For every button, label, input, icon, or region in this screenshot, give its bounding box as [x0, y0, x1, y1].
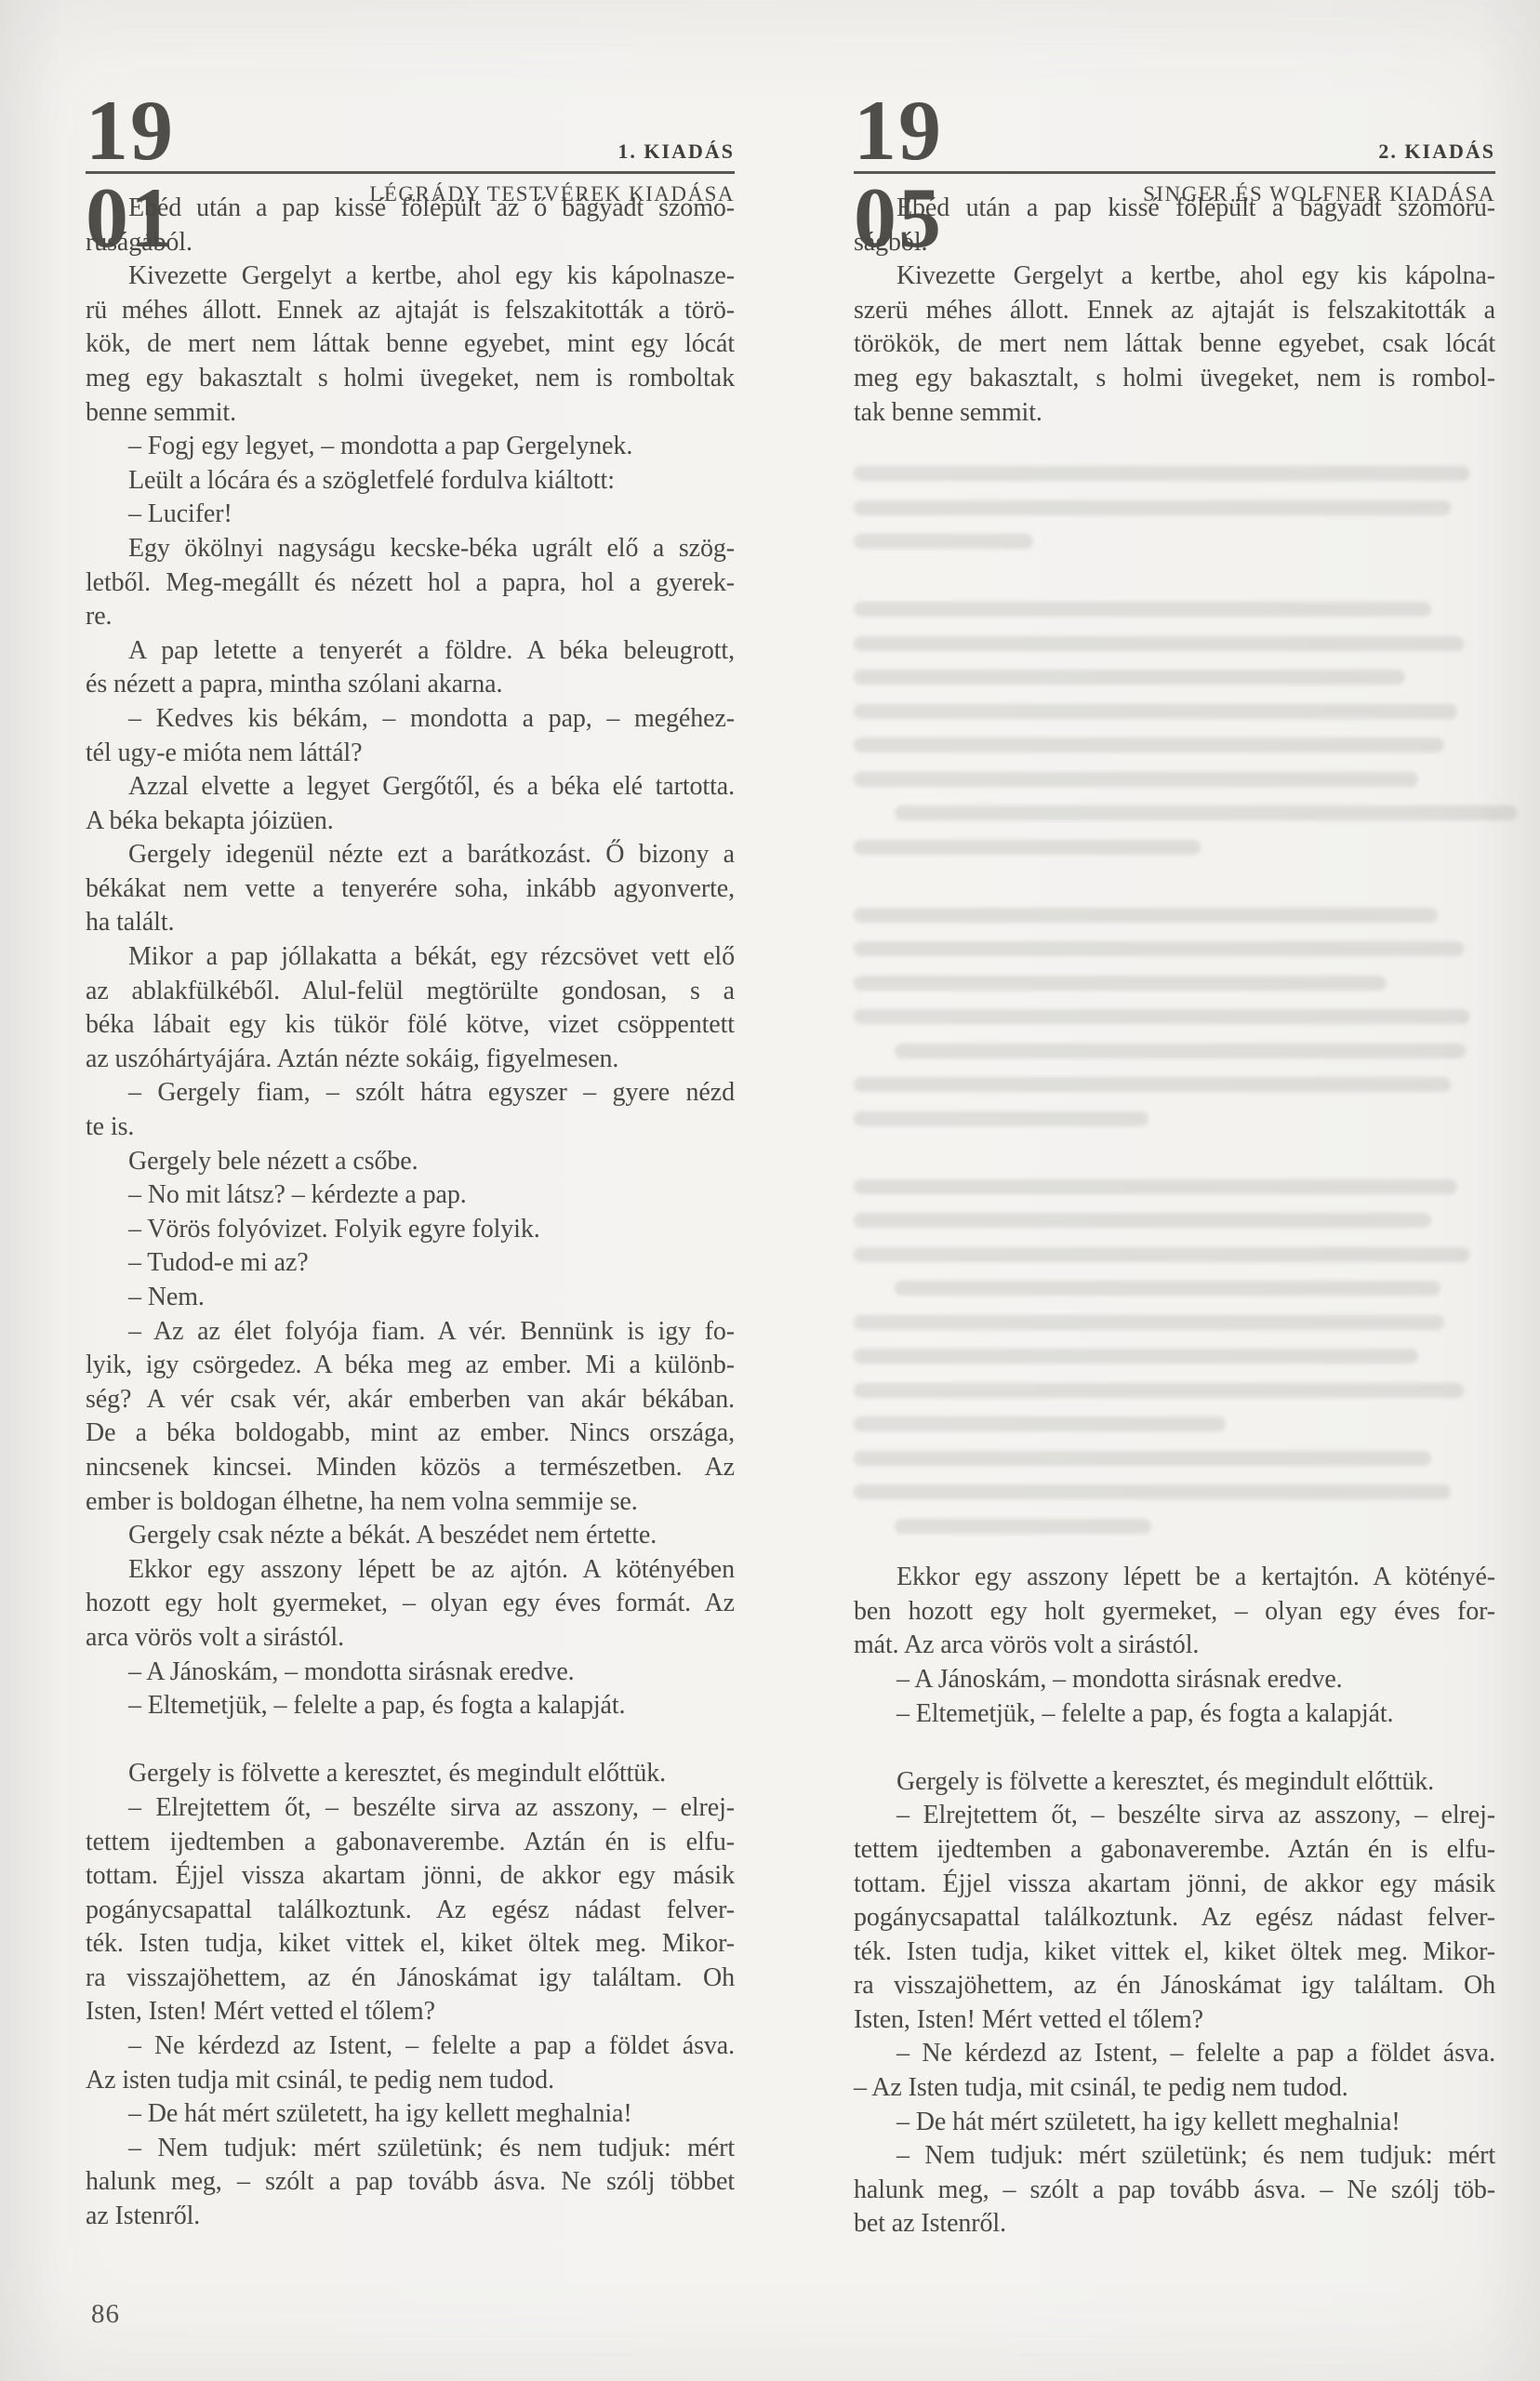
- text-line: Gergely is fölvette a keresztet, és megi…: [854, 1765, 1495, 1800]
- paragraph: Gergely bele nézett a csőbe.: [86, 1145, 735, 1179]
- text-line: tottam. Éjjel vissza akartam jönni, de a…: [854, 1868, 1495, 1902]
- paragraph-gap: [86, 1723, 735, 1758]
- text-line: békákat nem vette a tenyerére soha, inká…: [86, 872, 735, 907]
- text-line: benne semmit.: [86, 396, 735, 431]
- text-line: meg egy bakasztalt, s holmi üvegeket, ne…: [854, 362, 1495, 396]
- paragraph: – Lucifer!: [86, 498, 735, 532]
- paragraph: – Nem tudjuk: mért születünk; és nem tud…: [854, 2139, 1495, 2241]
- text-line: ben hozott egy holt gyermeket, – olyan e…: [854, 1595, 1495, 1629]
- text-line: ség? A vér csak vér, akár emberben van a…: [86, 1383, 735, 1417]
- text-line: Mikor a pap jóllakatta a békát, egy rézc…: [86, 940, 735, 975]
- paragraph: – A Jánoskám, – mondotta sirásnak eredve…: [854, 1663, 1495, 1697]
- text-line: – A Jánoskám, – mondotta sirásnak eredve…: [86, 1656, 735, 1690]
- text-line: De a béka boldogabb, mint az ember. Ninc…: [86, 1417, 735, 1451]
- paragraph: – De hát mért született, ha igy kellett …: [854, 2106, 1495, 2140]
- text-line: – Vörös folyóvizet. Folyik egyre folyik.: [86, 1213, 735, 1247]
- text-line: ra visszajöhettem, az én Jánoskámat igy …: [86, 1962, 735, 1996]
- text-line: Gergely idegenül nézte ezt a barátkozást…: [86, 838, 735, 872]
- text-line: ha talált.: [86, 906, 735, 940]
- text-line: – A Jánoskám, – mondotta sirásnak eredve…: [854, 1663, 1495, 1697]
- text-line: Gergely csak nézte a békát. A beszédet n…: [86, 1519, 735, 1553]
- paragraph: Kivezette Gergelyt a kertbe, ahol egy ki…: [86, 259, 735, 430]
- text-line: ra visszajöhettem, az én Jánoskámat igy …: [854, 1969, 1495, 2003]
- text-line: Gergely bele nézett a csőbe.: [86, 1145, 735, 1179]
- paragraph: – Kedves kis békám, – mondotta a pap, – …: [86, 702, 735, 770]
- text-line: – Tudod-e mi az?: [86, 1246, 735, 1281]
- paragraph: – Nem tudjuk: mért születünk; és nem tud…: [86, 2132, 735, 2234]
- text-line: – Fogj egy legyet, – mondotta a pap Gerg…: [86, 430, 735, 464]
- edition-label: 2. KIADÁS: [1378, 140, 1495, 164]
- missing-passage-gap: [854, 430, 1495, 1561]
- text-line: – Eltemetjük, – felelte a pap, és fogta …: [86, 1689, 735, 1723]
- text-line: ték. Isten tudja, kiket vittek el, kiket…: [854, 1935, 1495, 1970]
- paragraph: Gergely is fölvette a keresztet, és megi…: [86, 1757, 735, 1791]
- paragraph: – Ne kérdezd az Istent, – felelte a pap …: [86, 2029, 735, 2097]
- paragraph-gap: [854, 1731, 1495, 1765]
- paragraph: – A Jánoskám, – mondotta sirásnak eredve…: [86, 1656, 735, 1690]
- text-line: – No mit látsz? – kérdezte a pap.: [86, 1178, 735, 1213]
- text-line: – Az Isten tudja, mit csinál, te pedig n…: [854, 2071, 1495, 2106]
- right-column-body: Ebéd után a pap kissé fölépült a bágyadt…: [854, 192, 1495, 2241]
- paragraph: Egy ökölnyi nagyságu kecske-béka ugrált …: [86, 532, 735, 634]
- text-line: Azzal elvette a legyet Gergőtől, és a bé…: [86, 770, 735, 805]
- text-line: – Gergely fiam, – szólt hátra egyszer – …: [86, 1076, 735, 1111]
- header-rule: [854, 171, 1495, 174]
- text-line: – Ne kérdezd az Istent, – felelte a pap …: [86, 2029, 735, 2064]
- text-line: – Eltemetjük, – felelte a pap, és fogta …: [854, 1697, 1495, 1732]
- paragraph: – No mit látsz? – kérdezte a pap.: [86, 1178, 735, 1213]
- paragraph: Ebéd után a pap kissé fölépült a bágyadt…: [854, 192, 1495, 259]
- text-line: Leült a lócára és a szögletfelé fordulva…: [86, 464, 735, 499]
- year-top-digits: 19: [854, 87, 943, 173]
- text-line: – De hát mért született, ha igy kellett …: [854, 2106, 1495, 2140]
- paragraph: – Tudod-e mi az?: [86, 1246, 735, 1281]
- text-line: és nézett a papra, mintha szólani akarna…: [86, 668, 735, 702]
- text-line: A béka bekapta jóizüen.: [86, 805, 735, 839]
- text-line: ték. Isten tudja, kiket vittek el, kiket…: [86, 1927, 735, 1962]
- year-top-digits: 19: [86, 87, 175, 173]
- text-line: Ekkor egy asszony lépett be az ajtón. A …: [86, 1553, 735, 1588]
- paragraph: – Fogj egy legyet, – mondotta a pap Gerg…: [86, 430, 735, 464]
- text-line: te is.: [86, 1111, 735, 1145]
- text-line: A pap letette a tenyerét a földre. A bék…: [86, 634, 735, 669]
- text-line: – Lucifer!: [86, 498, 735, 532]
- text-line: – Elrejtettem őt, – beszélte sirva az as…: [854, 1799, 1495, 1833]
- paragraph: – De hát mért született, ha igy kellett …: [86, 2097, 735, 2132]
- text-line: – Kedves kis békám, – mondotta a pap, – …: [86, 702, 735, 737]
- text-line: pogánycsapattal találkoztunk. Az egész n…: [86, 1894, 735, 1928]
- book-page-scan: 19 01 1. KIADÁS LÉGRÁDY TESTVÉREK KIADÁS…: [0, 0, 1540, 2381]
- text-line: meg egy bakasztalt s holmi üvegeket, nem…: [86, 362, 735, 396]
- paragraph: Ekkor egy asszony lépett be az ajtón. A …: [86, 1553, 735, 1656]
- text-line: – Nem tudjuk: mért születünk; és nem tud…: [854, 2139, 1495, 2174]
- header-rule: [86, 171, 735, 174]
- paragraph: – Eltemetjük, – felelte a pap, és fogta …: [854, 1697, 1495, 1732]
- paragraph: Gergely is fölvette a keresztet, és megi…: [854, 1765, 1495, 1800]
- text-line: az uszóhártyájára. Aztán nézte sokáig, f…: [86, 1043, 735, 1077]
- text-line: – Elrejtettem őt, – beszélte sirva az as…: [86, 1791, 735, 1826]
- text-line: – Nem tudjuk: mért születünk; és nem tud…: [86, 2132, 735, 2166]
- text-line: nincsenek kincsei. Minden közös a termés…: [86, 1451, 735, 1485]
- paragraph: – Vörös folyóvizet. Folyik egyre folyik.: [86, 1213, 735, 1247]
- paragraph: Ebéd után a pap kissé fölépült az ő bágy…: [86, 192, 735, 259]
- paragraph: A pap letette a tenyerét a földre. A bék…: [86, 634, 735, 702]
- text-line: az Istenről.: [86, 2200, 735, 2234]
- paragraph: Azzal elvette a legyet Gergőtől, és a bé…: [86, 770, 735, 838]
- text-line: re.: [86, 600, 735, 634]
- page-number: 86: [91, 2299, 120, 2330]
- text-line: halunk meg, – szólt a pap tovább ásva. –…: [854, 2174, 1495, 2208]
- text-line: tak benne semmit.: [854, 396, 1495, 431]
- text-line: mát. Az arca vörös volt a sirástól.: [854, 1629, 1495, 1663]
- text-line: törökök, de mert nem láttak benne egyebe…: [854, 327, 1495, 362]
- paragraph: Ekkor egy asszony lépett be a kertajtón.…: [854, 1561, 1495, 1663]
- text-line: Gergely is fölvette a keresztet, és megi…: [86, 1757, 735, 1791]
- text-line: ruságából.: [86, 226, 735, 260]
- paragraph: – Gergely fiam, – szólt hátra egyszer – …: [86, 1076, 735, 1144]
- edition-label: 1. KIADÁS: [617, 140, 735, 164]
- text-line: tél ugy-e mióta nem láttál?: [86, 737, 735, 771]
- text-line: – Az az élet folyója fiam. A vér. Bennün…: [86, 1315, 735, 1350]
- paragraph: Gergely idegenül nézte ezt a barátkozást…: [86, 838, 735, 940]
- paragraph: Kivezette Gergelyt a kertbe, ahol egy ki…: [854, 259, 1495, 430]
- text-line: az ablakfülkéből. Alul-felül megtörülte …: [86, 975, 735, 1009]
- text-line: tettem ijedtemben a gabonaverembe. Aztán…: [854, 1833, 1495, 1868]
- text-line: lyik, igy csörgedez. A béka meg az ember…: [86, 1349, 735, 1383]
- text-line: Kivezette Gergelyt a kertbe, ahol egy ki…: [854, 259, 1495, 294]
- left-column-body: Ebéd után a pap kissé fölépült az ő bágy…: [86, 192, 735, 2234]
- text-line: Isten, Isten! Mért vetted el tőlem?: [854, 2003, 1495, 2038]
- paragraph: – Az az élet folyója fiam. A vér. Bennün…: [86, 1315, 735, 1520]
- paragraph: – Elrejtettem őt, – beszélte sirva az as…: [86, 1791, 735, 2029]
- text-line: halunk meg, – szólt a pap tovább ásva. N…: [86, 2165, 735, 2200]
- text-line: Ebéd után a pap kissé fölépült a bágyadt…: [854, 192, 1495, 226]
- text-line: rü méhes állott. Ennek az ajtaját is fel…: [86, 294, 735, 328]
- text-line: szerü méhes állott. Ennek az ajtaját is …: [854, 294, 1495, 328]
- text-line: Egy ökölnyi nagyságu kecske-béka ugrált …: [86, 532, 735, 566]
- text-line: pogánycsapattal találkoztunk. Az egész n…: [854, 1901, 1495, 1935]
- text-line: béka lábait egy kis tükör fölé kötve, vi…: [86, 1008, 735, 1043]
- text-line: – Ne kérdezd az Istent, – felelte a pap …: [854, 2037, 1495, 2071]
- text-line: ságból.: [854, 226, 1495, 260]
- text-line: – Nem.: [86, 1281, 735, 1315]
- text-line: Kivezette Gergelyt a kertbe, ahol egy ki…: [86, 259, 735, 294]
- text-line: letből. Meg-megállt és nézett hol a papr…: [86, 566, 735, 601]
- text-line: hozott egy holt gyermeket, – olyan egy é…: [86, 1587, 735, 1621]
- text-line: ember is boldogan élhetne, ha nem volna …: [86, 1485, 735, 1520]
- text-line: Isten, Isten! Mért vetted el tőlem?: [86, 1995, 735, 2029]
- text-line: Ekkor egy asszony lépett be a kertajtón.…: [854, 1561, 1495, 1595]
- paragraph: Mikor a pap jóllakatta a békát, egy rézc…: [86, 940, 735, 1076]
- text-line: Ebéd után a pap kissé fölépült az ő bágy…: [86, 192, 735, 226]
- paragraph: Leült a lócára és a szögletfelé fordulva…: [86, 464, 735, 499]
- paragraph: – Nem.: [86, 1281, 735, 1315]
- paragraph: – Ne kérdezd az Istent, – felelte a pap …: [854, 2037, 1495, 2105]
- text-line: tettem ijedtemben a gabonaverembe. Aztán…: [86, 1826, 735, 1860]
- paragraph: Gergely csak nézte a békát. A beszédet n…: [86, 1519, 735, 1553]
- text-line: – De hát mért született, ha igy kellett …: [86, 2097, 735, 2132]
- text-line: tottam. Éjjel vissza akartam jönni, de a…: [86, 1859, 735, 1894]
- text-line: Az isten tudja mit csinál, te pedig nem …: [86, 2064, 735, 2098]
- paragraph: – Elrejtettem őt, – beszélte sirva az as…: [854, 1799, 1495, 2037]
- text-line: bet az Istenről.: [854, 2207, 1495, 2241]
- paragraph: – Eltemetjük, – felelte a pap, és fogta …: [86, 1689, 735, 1723]
- text-line: arca vörös volt a sirástól.: [86, 1621, 735, 1656]
- text-line: kök, de mert nem láttak benne egyebet, m…: [86, 327, 735, 362]
